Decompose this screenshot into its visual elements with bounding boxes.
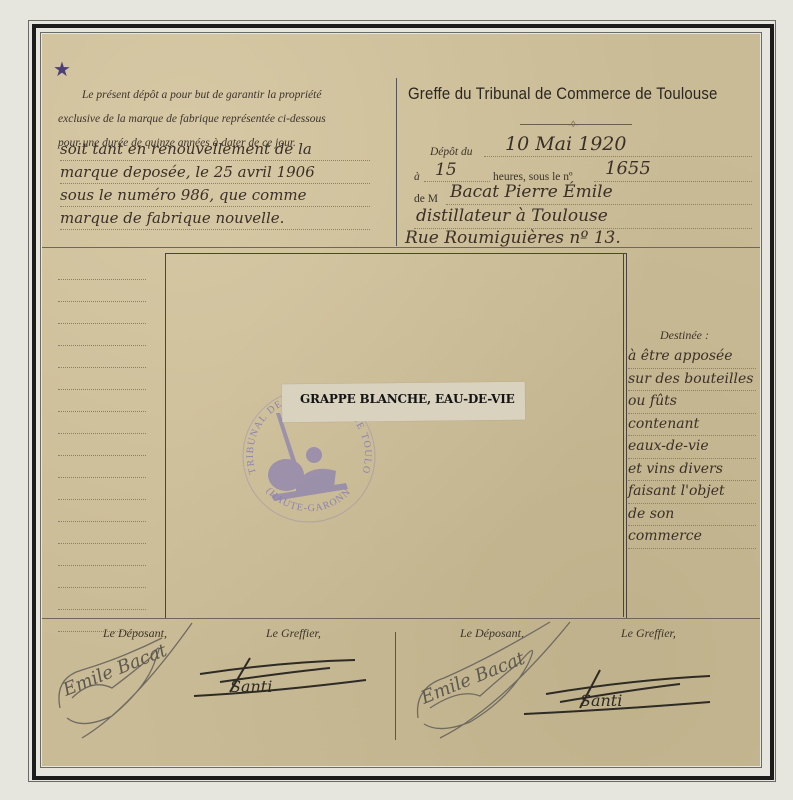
svg-text:Emile Bacat: Emile Bacat	[59, 640, 171, 701]
destination-line: et vins divers	[628, 459, 756, 482]
registry-title: Greffe du Tribunal de Commerce de Toulou…	[408, 84, 716, 104]
column-divider-bottom	[395, 632, 396, 740]
intro-line-1: Le présent dépôt a pour but de garantir …	[58, 83, 368, 107]
destination-label: Destinée :	[660, 328, 709, 343]
right-greffier-label: Le Greffier,	[621, 626, 676, 641]
trademark-box	[165, 253, 627, 619]
destination-line: faisant l'objet	[628, 481, 756, 504]
destination-line: sur des bouteilles	[628, 369, 756, 392]
left-greffier-label: Le Greffier,	[266, 626, 321, 641]
depositor-name: Bacat Pierre Émile	[450, 182, 613, 202]
star-stamp-icon: ★	[53, 60, 71, 80]
destination-lines: à être apposée sur des bouteilles ou fût…	[628, 346, 756, 549]
destination-divider	[623, 253, 624, 617]
handwritten-note: soit tant en renouvellement de la marque…	[60, 138, 370, 230]
destination-line: eaux-de-vie	[628, 436, 756, 459]
destination-line: commerce	[628, 526, 756, 549]
title-ornament: -◊-	[520, 124, 632, 125]
a-label: à	[414, 171, 420, 183]
depositor-address: Rue Roumiguières nº 13.	[405, 228, 621, 248]
depot-du-line	[484, 156, 752, 157]
note-line: marque deposée, le 25 avril 1906	[60, 161, 370, 184]
left-ruled-lines	[58, 258, 146, 632]
left-greffier-signature: Santi	[190, 652, 370, 717]
destination-line: contenant	[628, 414, 756, 437]
trademark-label-text: GRAPPE BLANCHE, EAU-DE-VIE	[300, 392, 515, 406]
hour-value: 15	[435, 160, 457, 180]
destination-line: ou fûts	[628, 391, 756, 414]
depot-du-label: Dépôt du	[430, 146, 472, 158]
depositor-occupation: distillateur à Toulouse	[416, 206, 608, 226]
svg-text:Santi: Santi	[580, 691, 622, 710]
svg-text:Emile Bacat: Emile Bacat	[417, 648, 529, 709]
svg-text:Santi: Santi	[230, 677, 272, 696]
note-line: soit tant en renouvellement de la	[60, 138, 370, 161]
intro-line-2: exclusive de la marque de fabrique repré…	[58, 107, 368, 131]
right-greffier-signature: Santi	[520, 666, 720, 731]
note-line: sous le numéro 986, que comme	[60, 184, 370, 207]
left-deposant-signature: Emile Bacat	[52, 618, 182, 743]
section-rule-top	[42, 247, 760, 248]
numero-value: 1655	[605, 158, 651, 179]
destination-line: de son	[628, 504, 756, 527]
depot-date-value: 10 Mai 1920	[505, 133, 626, 155]
note-line: marque de fabrique nouvelle.	[60, 207, 370, 230]
de-m-label: de M	[414, 193, 438, 205]
column-divider-top	[396, 78, 397, 246]
destination-line: à être apposée	[628, 346, 756, 369]
numero-line	[594, 181, 752, 182]
name-line	[446, 204, 752, 205]
